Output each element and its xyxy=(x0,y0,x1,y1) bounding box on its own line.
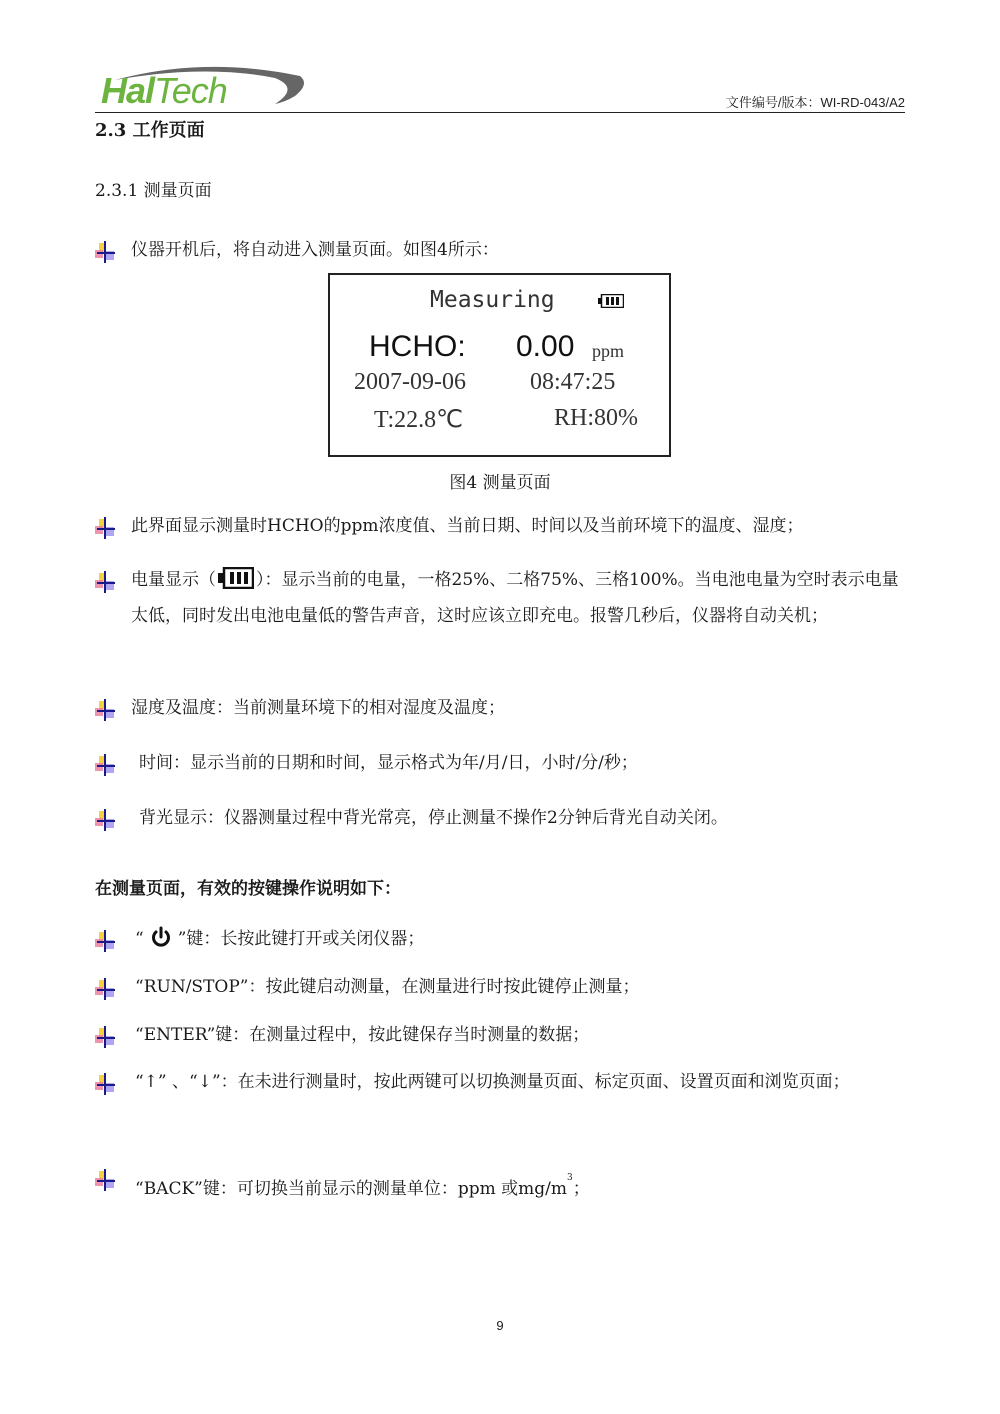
bullet-icon xyxy=(95,930,117,952)
bullet-text: 此界面显示测量时HCHO的ppm浓度值、当前日期、时间以及当前环境下的温度、湿度… xyxy=(131,508,910,544)
battery-full-icon xyxy=(218,567,254,589)
logo-text: HalTech xyxy=(101,70,227,112)
bullet-icon xyxy=(95,978,117,1000)
bullet-text: 电量显示（ ）：显示当前的电量，一格25%、二格75%、三格100%。当电池电量… xyxy=(131,562,910,634)
battery-full-icon xyxy=(598,294,624,308)
lcd-date: 2007-09-06 xyxy=(354,369,466,396)
bullet-icon xyxy=(95,809,117,831)
bullet-icon xyxy=(95,517,117,539)
bullet-text: “RUN/STOP”：按此键启动测量，在测量进行时按此键停止测量； xyxy=(135,969,910,1005)
lcd-temperature: T:22.8℃ xyxy=(374,405,463,434)
bullet-icon xyxy=(95,1169,117,1191)
bullet-text: “ENTER”键：在测量过程中，按此键保存当时测量的数据； xyxy=(135,1017,910,1053)
bullet-icon xyxy=(95,754,117,776)
subsection-heading: 2.3.1 测量页面 xyxy=(95,176,212,201)
lcd-value: 0.00 xyxy=(516,330,574,364)
bullet-icon xyxy=(95,699,117,721)
lcd-status: Measuring xyxy=(430,287,555,313)
haltech-logo: HalTech xyxy=(95,58,310,114)
power-icon xyxy=(150,926,172,948)
bullet-text: 时间：显示当前的日期和时间，显示格式为年/月/日，小时/分/秒； xyxy=(139,745,910,781)
bullet-text: 湿度及温度：当前测量环境下的相对湿度及温度； xyxy=(131,690,910,726)
figure-caption: 图4 测量页面 xyxy=(0,468,1000,493)
bullet-icon xyxy=(95,1073,117,1095)
bullet-icon xyxy=(95,1026,117,1048)
bullet-icon xyxy=(95,571,117,593)
header-divider xyxy=(95,112,905,113)
bullet-text: 仪器开机后，将自动进入测量页面。如图4所示： xyxy=(131,232,910,268)
section-heading: 2.3 工作页面 xyxy=(95,116,205,142)
lcd-measuring-screen: Measuring HCHO: 0.00 ppm 2007-09-06 08:4… xyxy=(328,273,671,457)
bullet-text: “BACK”键：可切换当前显示的测量单位：ppm 或mg/m3； xyxy=(135,1160,910,1207)
page-number: 9 xyxy=(0,1318,1000,1333)
bullet-text: 背光显示：仪器测量过程中背光常亮，停止测量不操作2分钟后背光自动关闭。 xyxy=(139,800,910,836)
bullet-text: “↑” 、“↓”：在未进行测量时，按此两键可以切换测量页面、标定页面、设置页面和… xyxy=(131,1064,910,1100)
bullet-icon xyxy=(95,241,117,263)
document-number: 文件编号/版本：WI-RD-043/A2 xyxy=(726,92,905,111)
lcd-humidity: RH:80% xyxy=(554,405,638,432)
lcd-unit: ppm xyxy=(592,341,624,362)
keys-heading: 在测量页面，有效的按键操作说明如下： xyxy=(95,874,401,899)
bullet-text: “ ”键：长按此键打开或关闭仪器； xyxy=(135,921,910,957)
lcd-time: 08:47:25 xyxy=(530,369,615,396)
lcd-gas-label: HCHO: xyxy=(369,330,466,364)
